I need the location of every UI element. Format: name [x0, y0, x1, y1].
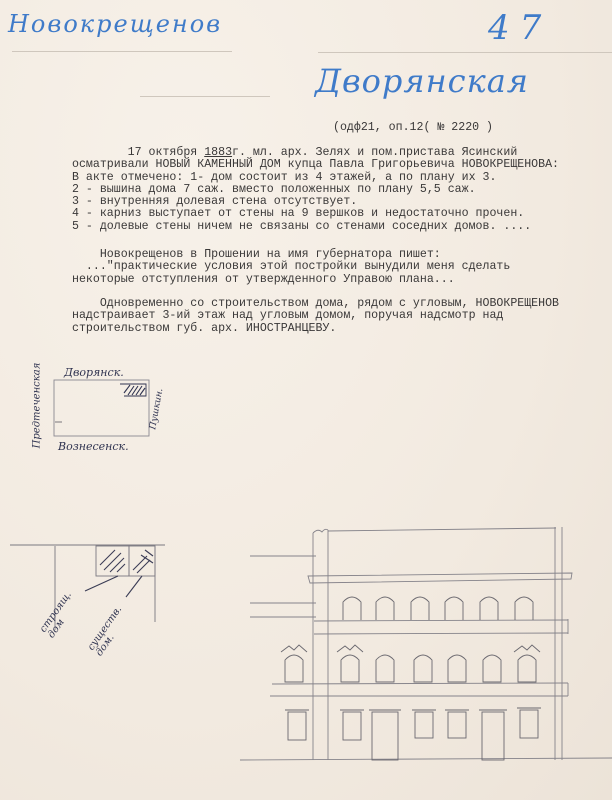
facade-elevation	[240, 527, 612, 760]
site-plan-label-top: Дворянск.	[64, 366, 124, 379]
site-plan-label-bottom: Вознесенск.	[58, 440, 129, 453]
pencil-drawings	[0, 0, 612, 800]
site-plan-sketch	[54, 380, 149, 436]
site-plan-label-left: Предтеченская	[31, 363, 42, 449]
neighbors-sketch	[10, 545, 165, 630]
